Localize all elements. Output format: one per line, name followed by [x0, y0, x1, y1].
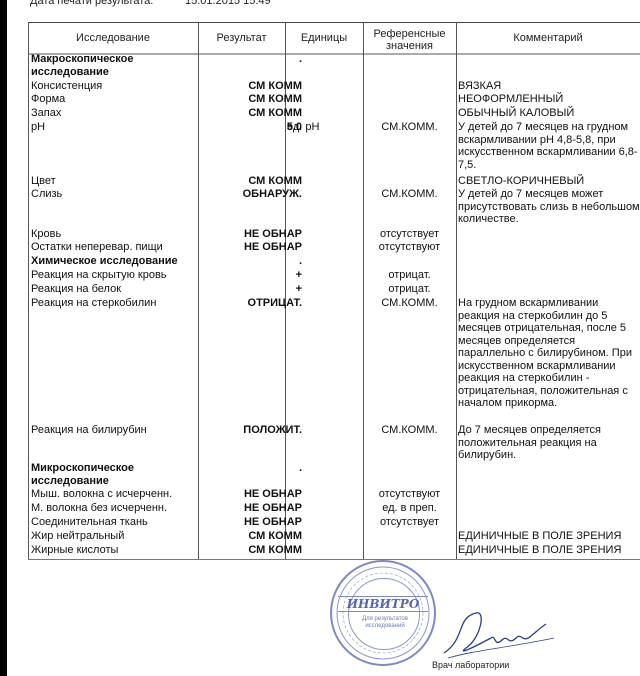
comment-text: У детей до 7 месяцев может присутствоват…: [458, 188, 640, 226]
test-name: Слизь: [31, 188, 199, 201]
print-date-label: Дата печати результата:: [30, 0, 153, 7]
comment-text: До 7 месяцев определяется положительная …: [458, 424, 640, 462]
signature-icon: [436, 598, 556, 668]
test-name: М. волокна без исчерченн.: [31, 502, 199, 515]
test-name: Консистенция: [31, 80, 199, 93]
col-header-units: Единицы: [285, 23, 363, 53]
test-name: Форма: [31, 93, 199, 106]
section-title: Макроскопическое исследование: [31, 53, 199, 78]
result-value: НЕ ОБНАР: [198, 516, 302, 529]
test-name: Реакция на билирубин: [31, 424, 199, 437]
reference-value: отрицат.: [364, 269, 455, 282]
result-value: .: [198, 255, 302, 268]
result-value: ОТРИЦАТ.: [198, 297, 302, 310]
reference-value: отсутствует: [364, 516, 455, 529]
result-value: СМ КОММ: [198, 544, 302, 557]
comment-text: У детей до 7 месяцев на грудном вскармли…: [458, 121, 640, 171]
reference-value: СМ.КОММ.: [364, 297, 455, 310]
test-name: Жирные кислоты: [31, 544, 199, 557]
col-header-comment: Комментарий: [456, 23, 640, 53]
result-value: НЕ ОБНАР: [198, 488, 302, 501]
stamp-inner-circle: [348, 578, 420, 650]
test-name: Реакция на скрытую кровь: [31, 269, 199, 282]
comment-text: СВЕТЛО-КОРИЧНЕВЫЙ: [458, 175, 640, 188]
reference-value: отрицат.: [364, 283, 455, 296]
reference-value: СМ.КОММ.: [364, 121, 455, 134]
test-name: Остатки неперевар. пищи: [31, 241, 199, 254]
lab-stamp: ИНВИТРО Для результатов исследований: [330, 560, 436, 666]
result-value: СМ КОММ: [198, 93, 302, 106]
test-name: pH: [31, 121, 199, 134]
comment-text: ЕДИНИЧНЫЕ В ПОЛЕ ЗРЕНИЯ: [458, 544, 640, 557]
result-value: +: [198, 283, 302, 296]
column-divider: [456, 22, 457, 560]
result-value: .: [198, 53, 302, 66]
comment-text: ЕДИНИЧНЫЕ В ПОЛЕ ЗРЕНИЯ: [458, 530, 640, 543]
col-header-reference: Референсные значения: [363, 23, 456, 53]
signature-role: Врач лаборатории: [432, 660, 509, 670]
result-value: +: [198, 269, 302, 282]
unit-value: ед. pH: [287, 121, 362, 134]
reference-value: отсутствуют: [364, 488, 455, 501]
print-date-value: 15.01.2015 15:49: [185, 0, 271, 7]
reference-value: отсутствуют: [364, 241, 455, 254]
col-header-test: Исследование: [28, 23, 198, 53]
stamp-brand: ИНВИТРО: [338, 596, 428, 612]
table-border-bottom: [28, 559, 640, 560]
test-name: Запах: [31, 107, 199, 120]
test-name: Соединительная ткань: [31, 516, 199, 529]
result-value: НЕ ОБНАР: [198, 228, 302, 241]
reference-value: ед. в преп.: [364, 502, 455, 515]
reference-value: СМ.КОММ.: [364, 188, 455, 201]
result-value: ОБНАРУЖ.: [198, 188, 302, 201]
comment-text: ВЯЗКАЯ: [458, 80, 640, 93]
col-header-result: Результат: [198, 23, 285, 53]
test-name: Цвет: [31, 175, 199, 188]
scan-edge: [0, 0, 7, 676]
print-date: Дата печати результата: 15.01.2015 15:49: [30, 0, 153, 7]
result-value: СМ КОММ: [198, 80, 302, 93]
result-value: СМ КОММ: [198, 175, 302, 188]
test-name: Реакция на стеркобилин: [31, 297, 199, 310]
reference-value: отсутствует: [364, 228, 455, 241]
reference-value: СМ.КОММ.: [364, 424, 455, 437]
comment-text: ОБЫЧНЫЙ КАЛОВЫЙ: [458, 107, 640, 120]
test-name: Кровь: [31, 228, 199, 241]
comment-text: На грудном вскармливании реакция на стер…: [458, 297, 640, 410]
result-value: НЕ ОБНАР: [198, 502, 302, 515]
comment-text: НЕОФОРМЛЕННЫЙ: [458, 93, 640, 106]
table-border-left: [28, 22, 29, 560]
section-title: Химическое исследование: [31, 255, 199, 268]
section-title: Микроскопическое исследование: [31, 462, 199, 487]
result-value: .: [198, 462, 302, 475]
result-value: НЕ ОБНАР: [198, 241, 302, 254]
test-name: Реакция на белок: [31, 283, 199, 296]
stamp-inner-text: Для результатов исследований: [362, 616, 408, 630]
test-name: Мыш. волокна с исчерченн.: [31, 488, 199, 501]
result-value: СМ КОММ: [198, 107, 302, 120]
table-header: Исследование Результат Единицы Референсн…: [28, 22, 640, 55]
test-name: Жир нейтральный: [31, 530, 199, 543]
result-value: ПОЛОЖИТ.: [198, 424, 302, 437]
result-value: СМ КОММ: [198, 530, 302, 543]
